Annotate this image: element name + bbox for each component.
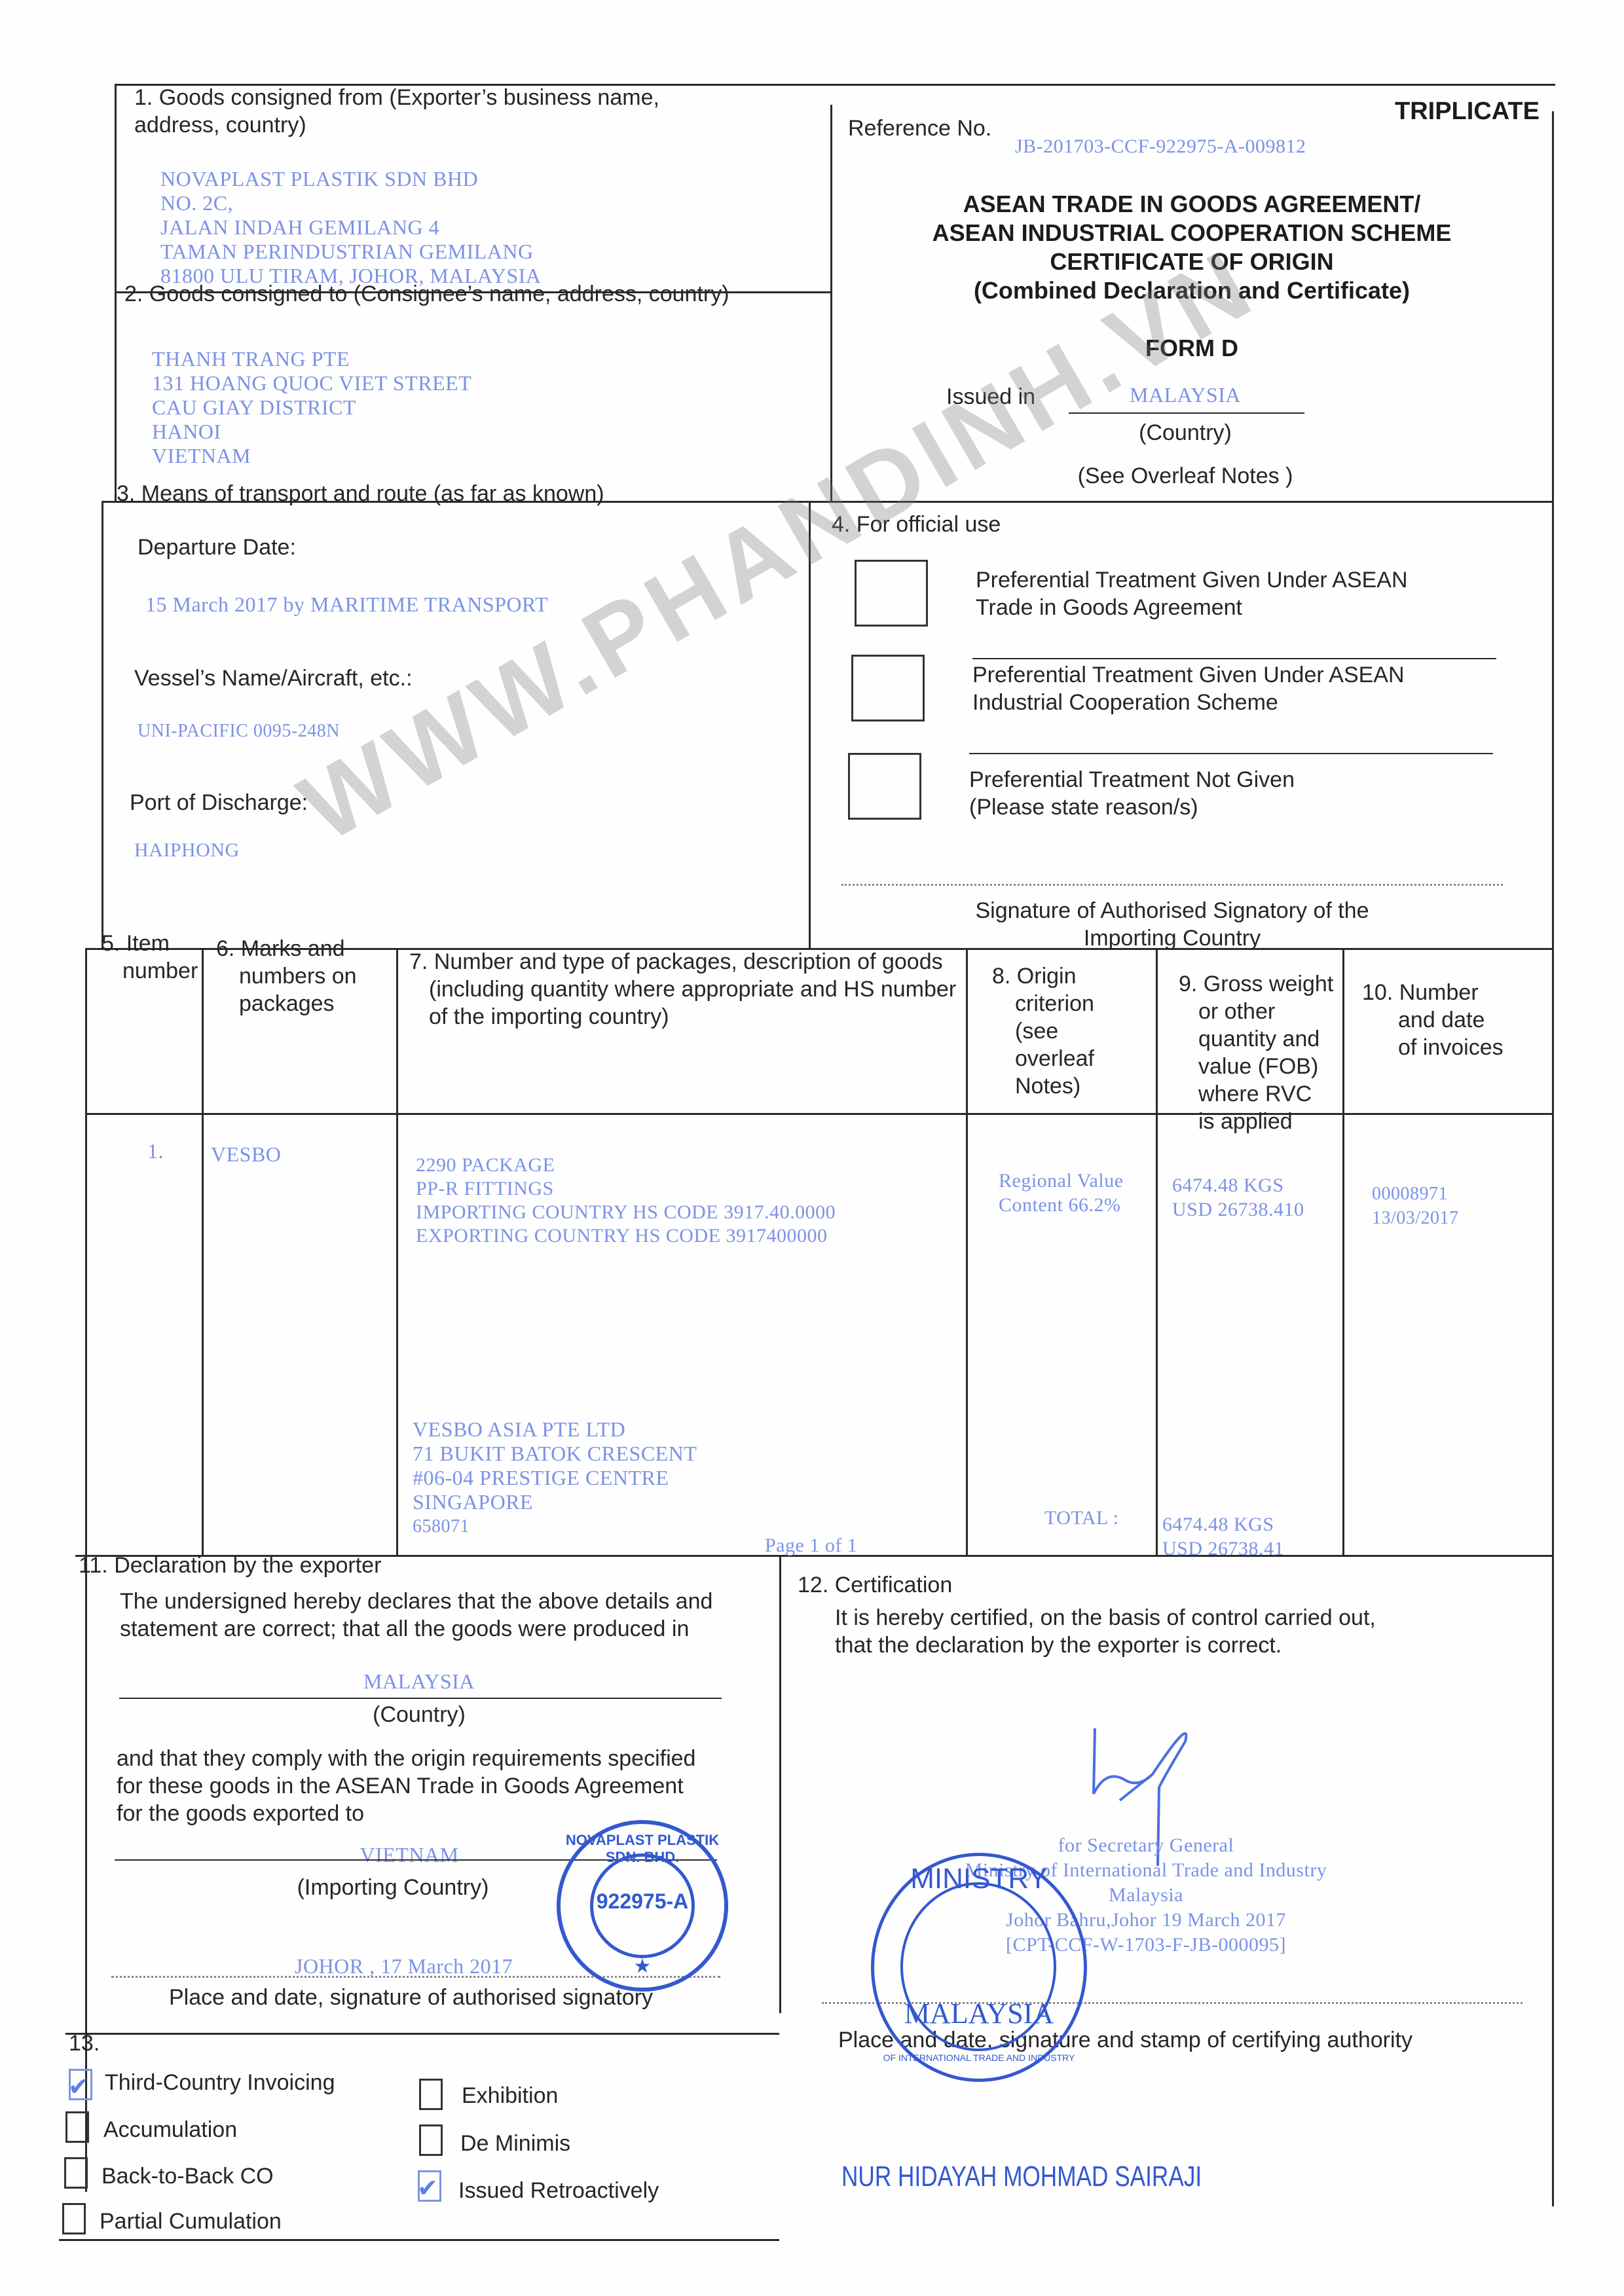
header-line: packages [216, 990, 357, 1017]
header-line: 7. Number and type of packages, descript… [409, 948, 956, 975]
official-use-option-text: Preferential Treatment Given Under ASEAN… [976, 566, 1408, 621]
vessel-value: UNI-PACIFIC 0095-248N [138, 719, 340, 743]
col-divider-8-9 [1156, 948, 1158, 1557]
box12-label: 12. Certification [798, 1571, 952, 1599]
divider-11-13 [65, 2033, 779, 2035]
weight-line: 6474.48 KGS [1172, 1173, 1304, 1197]
header-line: numbers on [216, 962, 357, 990]
header-line: Notes) [992, 1072, 1094, 1100]
invoice-line: 00008971 [1372, 1182, 1459, 1206]
certificate-of-origin-form-d: TRIPLICATE 1. Goods consigned from (Expo… [0, 0, 1624, 2296]
text-line: and that they comply with the origin req… [117, 1745, 732, 1772]
total-line: USD 26738.41 [1162, 1537, 1284, 1561]
frame-bottom [59, 2239, 779, 2241]
header-line: where RVC [1179, 1080, 1333, 1108]
copy-label: TRIPLICATE [1395, 97, 1540, 126]
header-line: (including quantity where appropriate an… [409, 975, 956, 1003]
option-line: Preferential Treatment Not Given [969, 766, 1295, 793]
consignee-line: HANOI [152, 420, 471, 444]
option-line: Trade in Goods Agreement [976, 594, 1408, 621]
stamp-registration-number: 922975-A [561, 1889, 724, 1914]
col-divider-9-10 [1342, 948, 1344, 1557]
certification-text: It is hereby certified, on the basis of … [835, 1604, 1490, 1659]
third-party-invoicing-company: VESBO ASIA PTE LTD 71 BUKIT BATOK CRESCE… [413, 1417, 697, 1539]
header-line: number [101, 957, 198, 985]
header-line: or other [1179, 998, 1333, 1025]
description-line: EXPORTING COUNTRY HS CODE 3917400000 [416, 1224, 836, 1248]
label-back-to-back-co: Back-to-Back CO [101, 2162, 274, 2190]
title-line: ASEAN TRADE IN GOODS AGREEMENT/ [904, 190, 1480, 219]
exporter-place-date: JOHOR , 17 March 2017 [295, 1954, 513, 1978]
declaration-text-2: and that they comply with the origin req… [117, 1745, 732, 1827]
header-line: 9. Gross weight [1179, 970, 1333, 998]
text-line: for these goods in the ASEAN Trade in Go… [117, 1772, 732, 1800]
country-caption: (Country) [1067, 419, 1303, 446]
exporter-address: NOVAPLAST PLASTIK SDN BHD NO. 2C, JALAN … [160, 167, 541, 288]
header-line: quantity and [1179, 1025, 1333, 1053]
option-line: (Please state reason/s) [969, 793, 1295, 821]
caption-line: Signature of Authorised Signatory of the [904, 897, 1441, 924]
col-header-description: 7. Number and type of packages, descript… [409, 948, 956, 1030]
col-header-item: 5. Item number [101, 930, 198, 985]
exporter-line: TAMAN PERINDUSTRIAN GEMILANG [160, 240, 541, 264]
frame-left-mid [101, 503, 103, 948]
item-number: 1. [147, 1139, 164, 1163]
header-line: criterion [992, 990, 1094, 1017]
header-line: and date [1362, 1006, 1504, 1034]
text-line: statement are correct; that all the good… [120, 1615, 735, 1643]
official-use-checkbox-atiga[interactable] [855, 560, 928, 627]
divider-11-12-vertical [779, 1555, 781, 2013]
col-header-marks: 6. Marks and numbers on packages [216, 935, 357, 1017]
box3-label: 3. Means of transport and route (as far … [117, 480, 804, 507]
text-line: that the declaration by the exporter is … [835, 1631, 1490, 1659]
invoice-line: 13/03/2017 [1372, 1206, 1459, 1230]
col-divider-5-6 [202, 948, 204, 1557]
checkbox-partial-cumulation[interactable] [62, 2203, 86, 2234]
checkbox-third-country-invoicing[interactable] [69, 2069, 92, 2100]
official-use-option-text: Preferential Treatment Not Given (Please… [969, 766, 1295, 821]
stamp-bottom-text: OF INTERNATIONAL TRADE AND INDUSTRY [874, 2052, 1084, 2063]
reference-number: JB-201703-CCF-922975-A-009812 [1015, 134, 1306, 158]
frame-left-top [115, 84, 117, 503]
consignee-line: THANH TRANG PTE [152, 347, 471, 371]
exporter-line: NOVAPLAST PLASTIK SDN BHD [160, 167, 541, 191]
total-values: 6474.48 KGS USD 26738.41 [1162, 1512, 1284, 1561]
header-line: 6. Marks and [216, 935, 357, 962]
departure-date-label: Departure Date: [138, 534, 296, 561]
marks-value: VESBO [211, 1142, 281, 1167]
text-line: It is hereby certified, on the basis of … [835, 1604, 1490, 1631]
label-partial-cumulation: Partial Cumulation [100, 2208, 282, 2235]
option-line: Preferential Treatment Given Under ASEAN [976, 566, 1408, 594]
stamp-company-name: NOVAPLAST PLASTIK SDN. BHD. [561, 1832, 724, 1866]
checkbox-issued-retroactively[interactable] [418, 2170, 441, 2202]
header-line: 10. Number [1362, 979, 1504, 1006]
gross-weight-value: 6474.48 KGS USD 26738.410 [1172, 1173, 1304, 1222]
option-line: Industrial Cooperation Scheme [972, 689, 1405, 716]
col-header-weight: 9. Gross weight or other quantity and va… [1179, 970, 1333, 1135]
col-divider-7-8 [966, 948, 968, 1557]
text-line: The undersigned hereby declares that the… [120, 1588, 735, 1615]
checkbox-back-to-back-co[interactable] [64, 2157, 88, 2189]
header-line: (see [992, 1017, 1094, 1045]
option-separator [972, 658, 1496, 659]
description-line: PP-R FITTINGS [416, 1177, 836, 1201]
stamp-center-text: MALAYSIA [874, 1997, 1084, 2030]
col-header-invoice: 10. Number and date of invoices [1362, 979, 1504, 1061]
importing-signature-line [841, 884, 1503, 887]
ministry-stamp: MINISTRY MALAYSIA OF INTERNATIONAL TRADE… [871, 1853, 1087, 2082]
company-stamp: 922975-A NOVAPLAST PLASTIK SDN. BHD. ★ [557, 1820, 728, 1992]
country-caption: (Country) [118, 1701, 720, 1728]
invoice-number-date: 00008971 13/03/2017 [1372, 1182, 1459, 1230]
third-party-line: #06-04 PRESTIGE CENTRE [413, 1466, 697, 1490]
overleaf-notes: (See Overleaf Notes ) [1035, 462, 1336, 490]
official-use-checkbox-not-given[interactable] [848, 753, 921, 820]
total-line: 6474.48 KGS [1162, 1512, 1284, 1537]
col-divider-6-7 [396, 948, 398, 1557]
header-line: 5. Item [101, 930, 198, 957]
vessel-label: Vessel’s Name/Aircraft, etc.: [134, 665, 413, 692]
certifying-officer-name: NUR HIDAYAH MOHMAD SAIRAJI [841, 2160, 1202, 2193]
header-line: is applied [1179, 1108, 1333, 1135]
box1-label: 1. Goods consigned from (Exporter’s busi… [134, 84, 724, 139]
exporter-line: NO. 2C, [160, 191, 541, 215]
third-party-line: 658071 [413, 1514, 697, 1539]
col-header-origin: 8. Origin criterion (see overleaf Notes) [992, 962, 1094, 1100]
consignee-line: CAU GIAY DISTRICT [152, 395, 471, 420]
third-party-line: VESBO ASIA PTE LTD [413, 1417, 697, 1442]
origin-line: Content 66.2% [999, 1193, 1124, 1217]
official-use-checkbox-aicos[interactable] [851, 655, 925, 721]
importing-signature-caption: Signature of Authorised Signatory of the… [904, 897, 1441, 952]
checkbox-de-minimis[interactable] [419, 2124, 443, 2156]
label-issued-retroactively: Issued Retroactively [458, 2177, 659, 2204]
weight-line: USD 26738.410 [1172, 1197, 1304, 1222]
origin-line: Regional Value [999, 1169, 1124, 1193]
exporter-signature-caption: Place and date, signature of authorised … [169, 1984, 653, 2011]
third-party-line: 71 BUKIT BATOK CRESCENT [413, 1442, 697, 1466]
box11-label: 11. Declaration by the exporter [79, 1552, 381, 1579]
third-party-line: SINGAPORE [413, 1490, 697, 1514]
header-line: value (FOB) [1179, 1053, 1333, 1080]
port-value: HAIPHONG [134, 838, 240, 862]
port-label: Port of Discharge: [130, 789, 308, 816]
checkbox-accumulation[interactable] [65, 2111, 89, 2143]
label-accumulation: Accumulation [103, 2116, 237, 2143]
description-line: IMPORTING COUNTRY HS CODE 3917.40.0000 [416, 1201, 836, 1224]
header-line: 8. Origin [992, 962, 1094, 990]
produced-in-country: MALAYSIA [118, 1669, 720, 1694]
declaration-text-1: The undersigned hereby declares that the… [120, 1588, 735, 1643]
label-de-minimis: De Minimis [460, 2130, 570, 2157]
reference-label: Reference No. [848, 115, 991, 142]
caption-line: Importing Country [904, 924, 1441, 952]
goods-description: 2290 PACKAGE PP-R FITTINGS IMPORTING COU… [416, 1154, 836, 1248]
exporter-line: JALAN INDAH GEMILANG 4 [160, 215, 541, 240]
option-separator [969, 753, 1493, 754]
box2-label: 2. Goods consigned to (Consignee’s name,… [124, 280, 832, 308]
header-line: overleaf [992, 1045, 1094, 1072]
consignee-line: VIETNAM [152, 444, 471, 468]
description-line: 2290 PACKAGE [416, 1154, 836, 1177]
option-line: Preferential Treatment Given Under ASEAN [972, 661, 1405, 689]
frame-right [1552, 111, 1554, 2206]
box13-label: 13. [69, 2030, 100, 2057]
total-label: TOTAL : [1044, 1506, 1119, 1530]
header-line: of invoices [1362, 1034, 1504, 1061]
consignee-line: 131 HOANG QUOC VIET STREET [152, 371, 471, 395]
consignee-address: THANH TRANG PTE 131 HOANG QUOC VIET STRE… [152, 347, 471, 468]
label-third-country-invoicing: Third-Country Invoicing [105, 2069, 335, 2096]
departure-date-value: 15 March 2017 by MARITIME TRANSPORT [145, 592, 548, 617]
header-line: of the importing country) [409, 1003, 956, 1030]
checkbox-exhibition[interactable] [419, 2079, 443, 2110]
origin-criterion: Regional Value Content 66.2% [999, 1169, 1124, 1217]
stamp-top-text: MINISTRY [874, 1863, 1084, 1895]
page-indicator: Page 1 of 1 [765, 1533, 857, 1558]
stamp-star-icon: ★ [561, 1955, 724, 1978]
label-exhibition: Exhibition [462, 2082, 558, 2109]
official-use-option-text: Preferential Treatment Given Under ASEAN… [972, 661, 1405, 716]
country-underline [119, 1698, 722, 1699]
